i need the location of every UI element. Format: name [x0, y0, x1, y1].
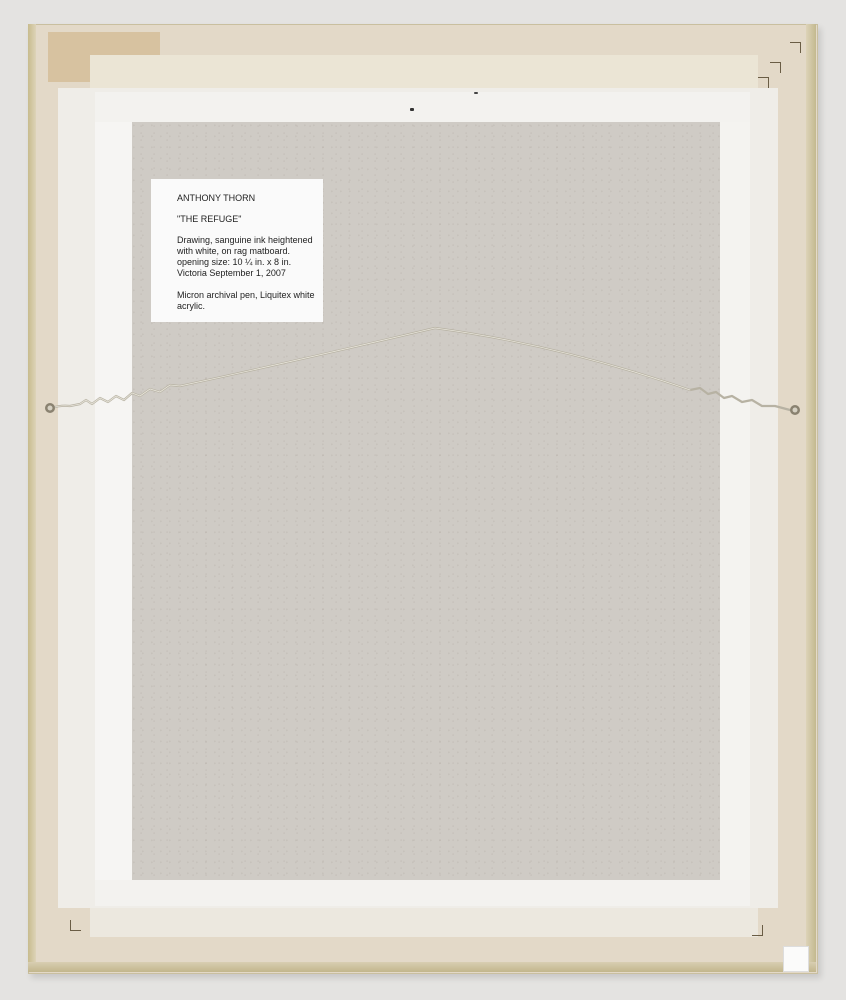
inventory-sticker: [783, 946, 809, 972]
hanging-wire: [0, 0, 846, 1000]
